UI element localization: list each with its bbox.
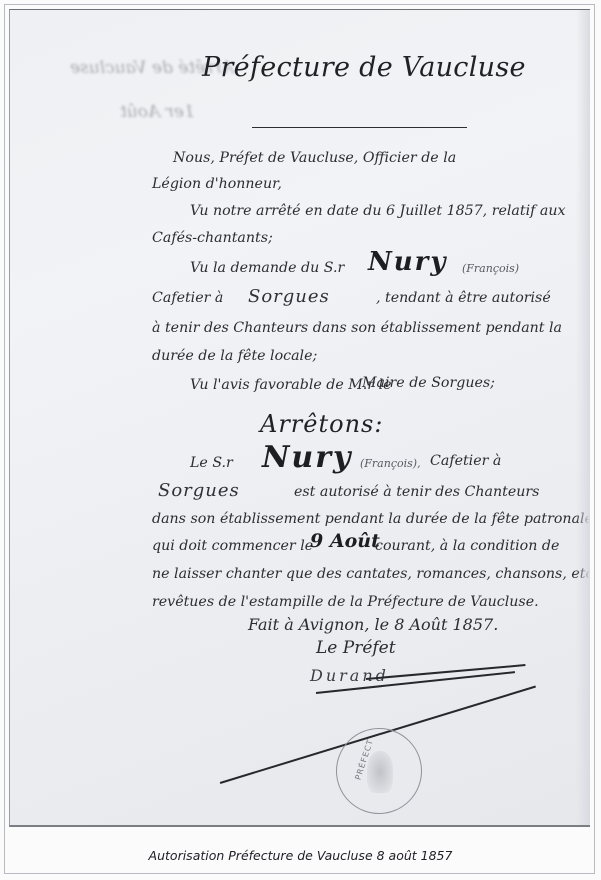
start-date: 9 Août [310, 530, 380, 552]
text-line: durée de la fête locale; [152, 348, 317, 364]
scanned-document: Arrêté de Vaucluse 1er Août Préfecture d… [9, 9, 590, 827]
text-line: Légion d'honneur, [152, 176, 282, 192]
town-name: Sorgues [158, 480, 240, 501]
text-line: est autorisé à tenir des Chanteurs [294, 484, 539, 500]
text-line: à tenir des Chanteurs dans son établisse… [152, 320, 562, 336]
town-name: Sorgues [248, 286, 330, 307]
text-line: Vu notre arrêté en date du 6 Juillet 185… [190, 203, 565, 219]
text-line: ne laisser chanter que des cantates, rom… [152, 566, 590, 582]
text-line: Cafés-chantants; [152, 230, 273, 246]
place-and-date: Fait à Avignon, le 8 Août 1857. [248, 615, 498, 634]
text-line: Maire de Sorgues; [362, 375, 495, 391]
petitioner-firstname: (François) [462, 262, 519, 275]
petitioner-name: Nury [262, 440, 352, 475]
text-line: Cafetier à [152, 290, 223, 306]
prefecture-seal-stamp: PRÉFECT [336, 728, 422, 814]
signatory-title: Le Préfet [316, 638, 396, 658]
text-line: courant, à la condition de [375, 538, 559, 554]
text-line: qui doit commencer le [152, 538, 313, 554]
header-underline [252, 127, 467, 128]
petitioner-firstname: (François), [360, 457, 421, 470]
image-caption: Autorisation Préfecture de Vaucluse 8 ao… [0, 848, 601, 863]
arretons-heading: Arrêtons: [260, 410, 383, 438]
text-line: revêtues de l'estampille de la Préfectur… [152, 594, 539, 610]
text-line: Cafetier à [430, 453, 501, 469]
text-line: Vu la demande du S.r [190, 260, 344, 276]
text-line: , tendant à être autorisé [376, 290, 551, 306]
text-line: Le S.r [190, 455, 233, 471]
document-header-title: Préfecture de Vaucluse [202, 52, 526, 83]
stamp-emblem [367, 751, 393, 793]
text-line: dans son établissement pendant la durée … [152, 511, 590, 527]
prefect-signature: Durand [310, 666, 389, 685]
text-line: Nous, Préfet de Vaucluse, Officier de la [173, 150, 456, 166]
bleed-through-text: 1er Août [120, 102, 195, 122]
petitioner-name: Nury [368, 247, 447, 277]
